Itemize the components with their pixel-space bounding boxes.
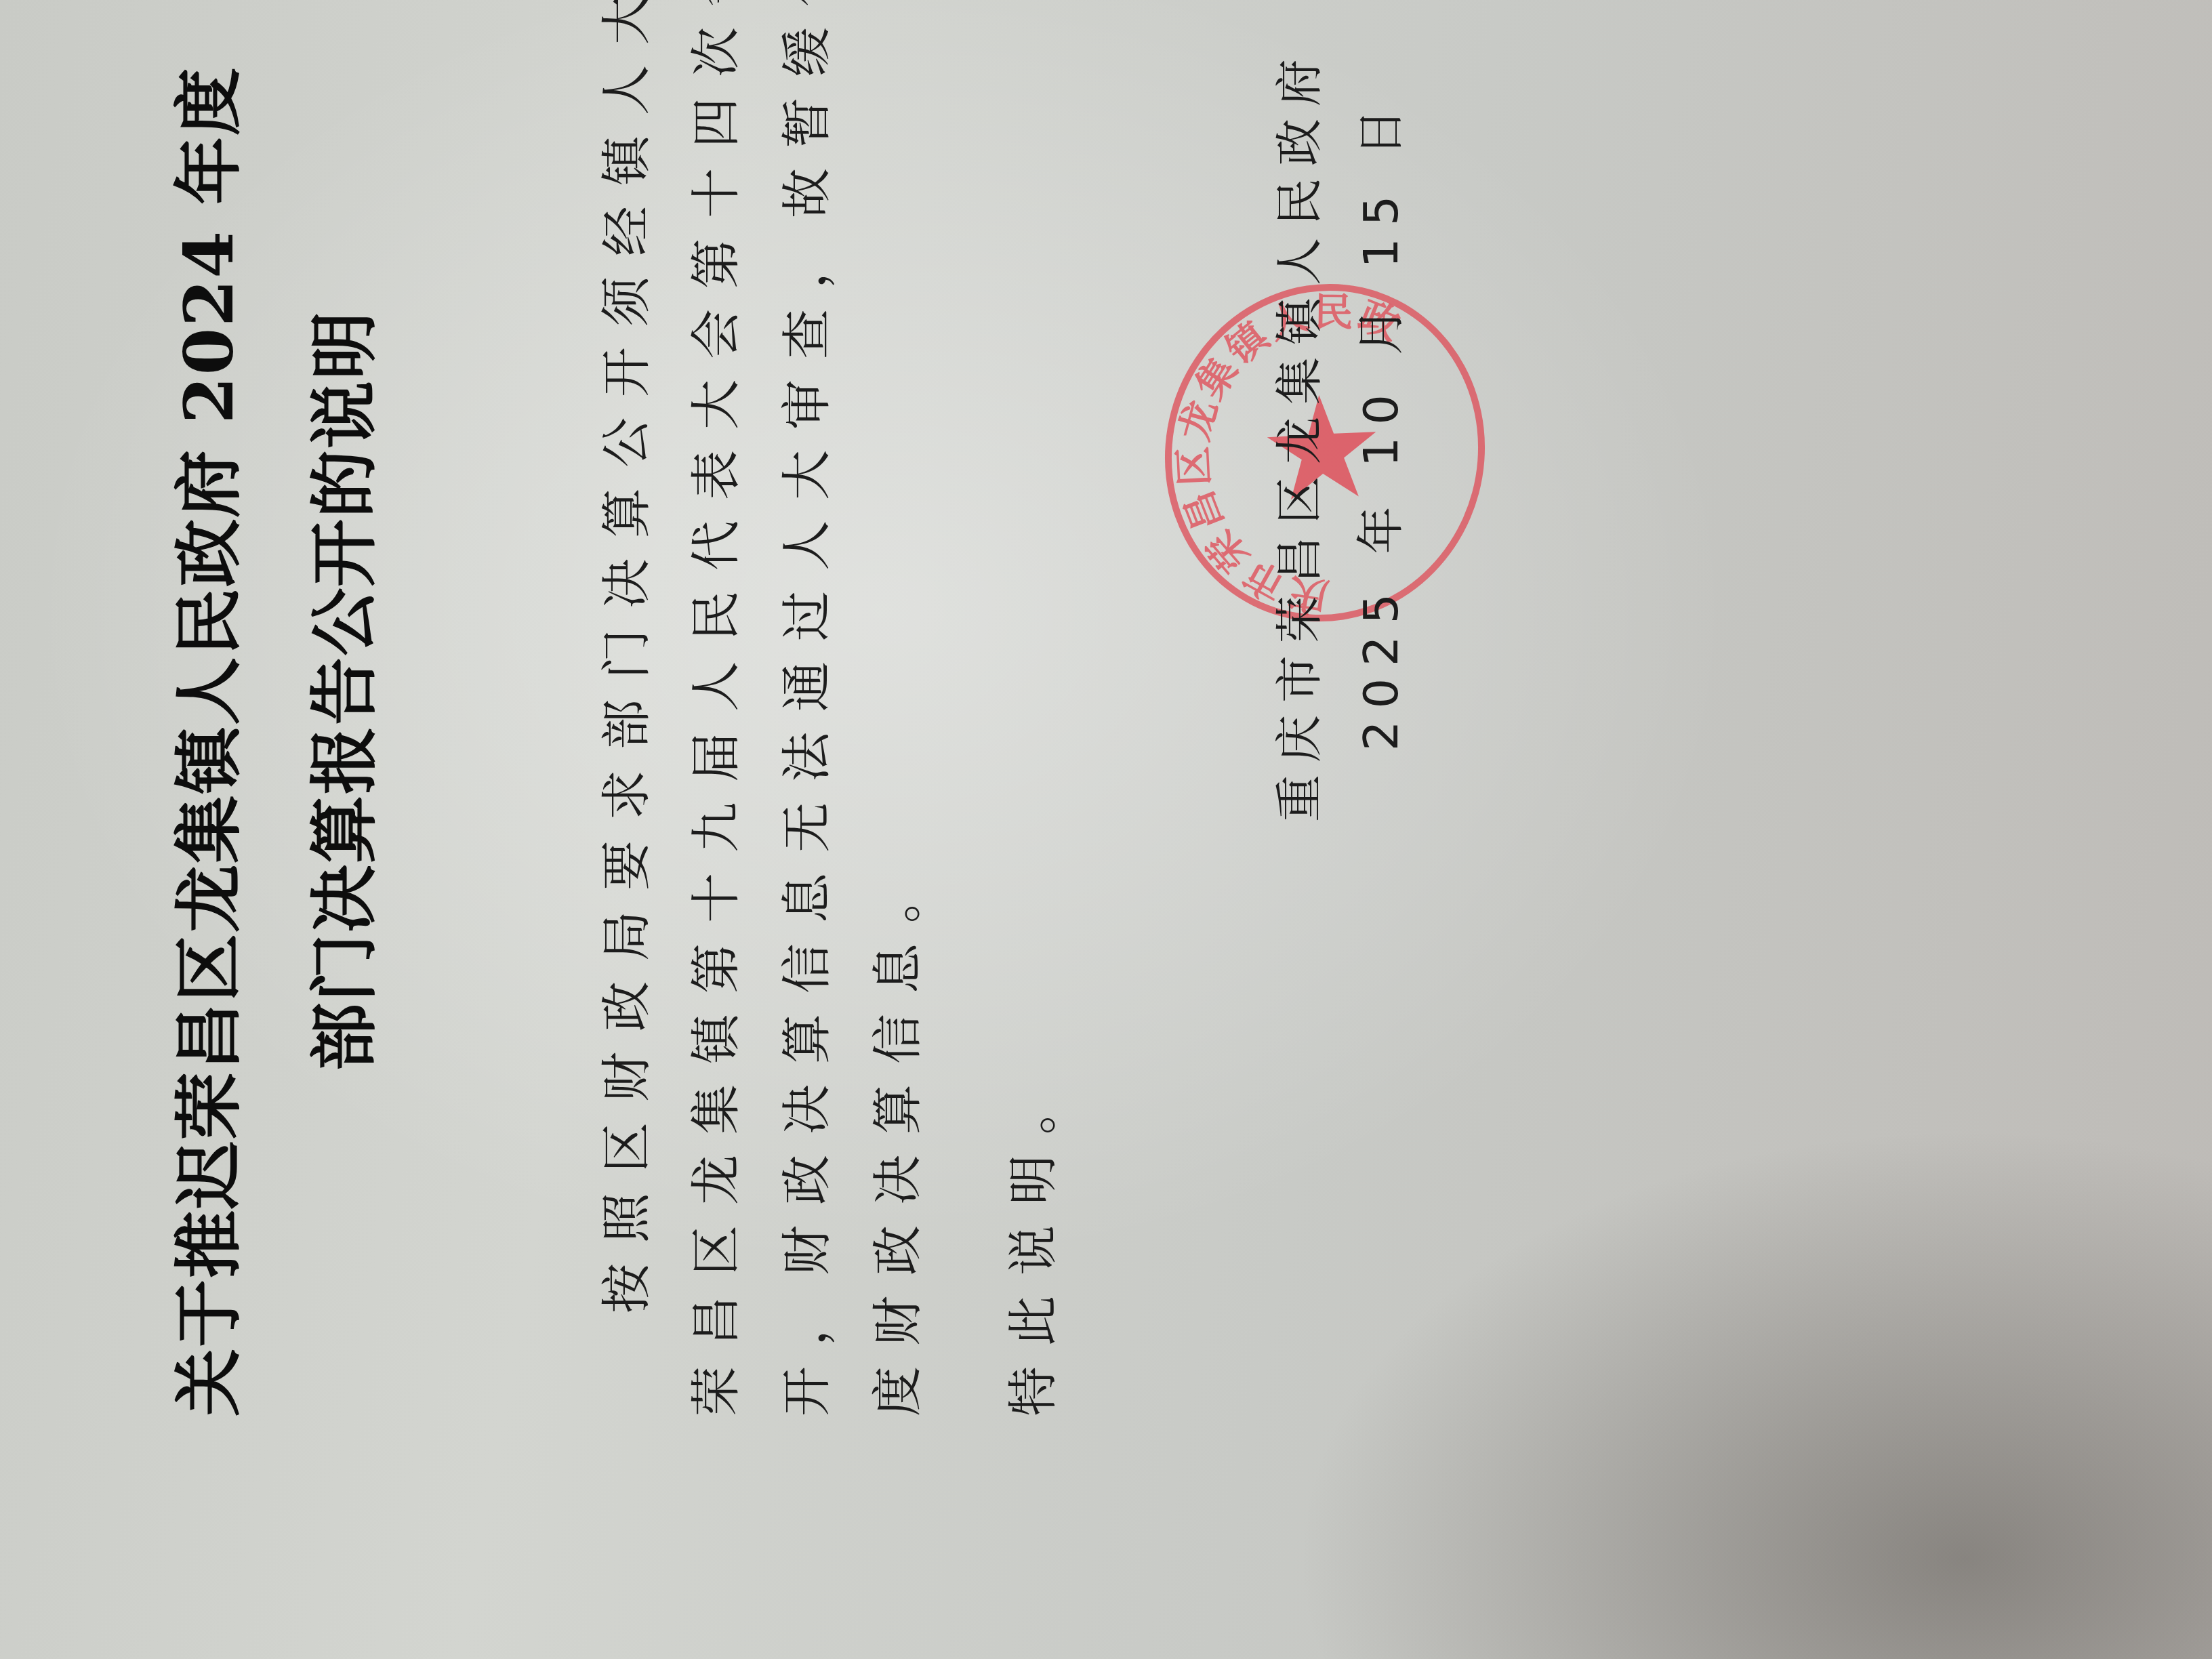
body-paragraph-line-1: 按照区财政局要求部门决算公开须经镇人大会议批准， [587, 0, 659, 1313]
body-paragraph-line-3: 开，财政决算信息无法通过人大审查，故暂缓公开 2024 年 [767, 0, 839, 1416]
body-paragraph-line-4: 度财政决算信息。 [858, 853, 930, 1416]
document-page: 关于推迟荣昌区龙集镇人民政府 2024 年度 部门决算报告公开的说明 按照区财政… [0, 0, 2212, 1659]
document-title-line-2: 部门决算报告公开的说明 [290, 310, 388, 1071]
closing-remark: 特此说明。 [994, 1064, 1065, 1416]
signature-issuer: 重庆市荣昌区龙集镇人民政府 [1262, 47, 1330, 822]
document-title-line-1: 关于推迟荣昌区龙集镇人民政府 2024 年度 [155, 66, 252, 1416]
signature-date: 2025 年 10 月 15 日 [1343, 96, 1412, 751]
body-paragraph-line-2: 荣昌区龙集镇第十九届人民代表大会第十四次会议暂未召 [676, 0, 748, 1416]
